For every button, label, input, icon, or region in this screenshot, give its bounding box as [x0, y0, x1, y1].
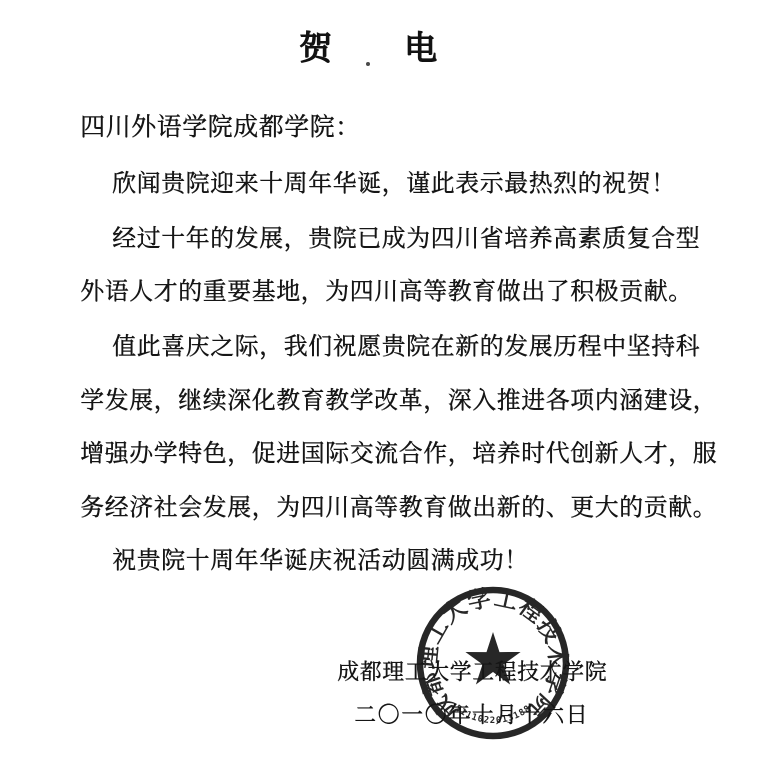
seal-star-icon — [465, 632, 520, 685]
telegram-document: 贺 电 四川外语学院成都学院： 欣闻贵院迎来十周年华诞，谨此表示最热烈的祝贺！ … — [0, 0, 778, 762]
official-seal: 成都理工大学工程技术学院 5111022013188 — [413, 583, 573, 743]
svg-text:5111022013188: 5111022013188 — [453, 704, 534, 727]
body-line: 务经济社会发展，为四川高等教育做出新的、更大的贡献。 — [80, 487, 717, 522]
body-line: 欣闻贵院迎来十周年华诞，谨此表示最热烈的祝贺！ — [112, 163, 676, 198]
body-line: 祝贵院十周年华诞庆祝活动圆满成功！ — [112, 540, 529, 575]
body-line: 学发展，继续深化教育教学改革，深入推进各项内涵建设， — [80, 380, 717, 415]
seal-serial-number: 5111022013188 — [453, 704, 534, 727]
body-line: 值此喜庆之际，我们祝愿贵院在新的发展历程中坚持科 — [112, 326, 700, 361]
body-line: 增强办学特色，促进国际交流合作，培养时代创新人才，服 — [80, 433, 717, 468]
addressee-line: 四川外语学院成都学院： — [80, 107, 361, 143]
scan-artifact-dot — [366, 62, 370, 66]
body-line: 经过十年的发展，贵院已成为四川省培养高素质复合型 — [112, 218, 700, 253]
body-line: 外语人才的重要基地，为四川高等教育做出了积极贡献。 — [80, 271, 693, 306]
